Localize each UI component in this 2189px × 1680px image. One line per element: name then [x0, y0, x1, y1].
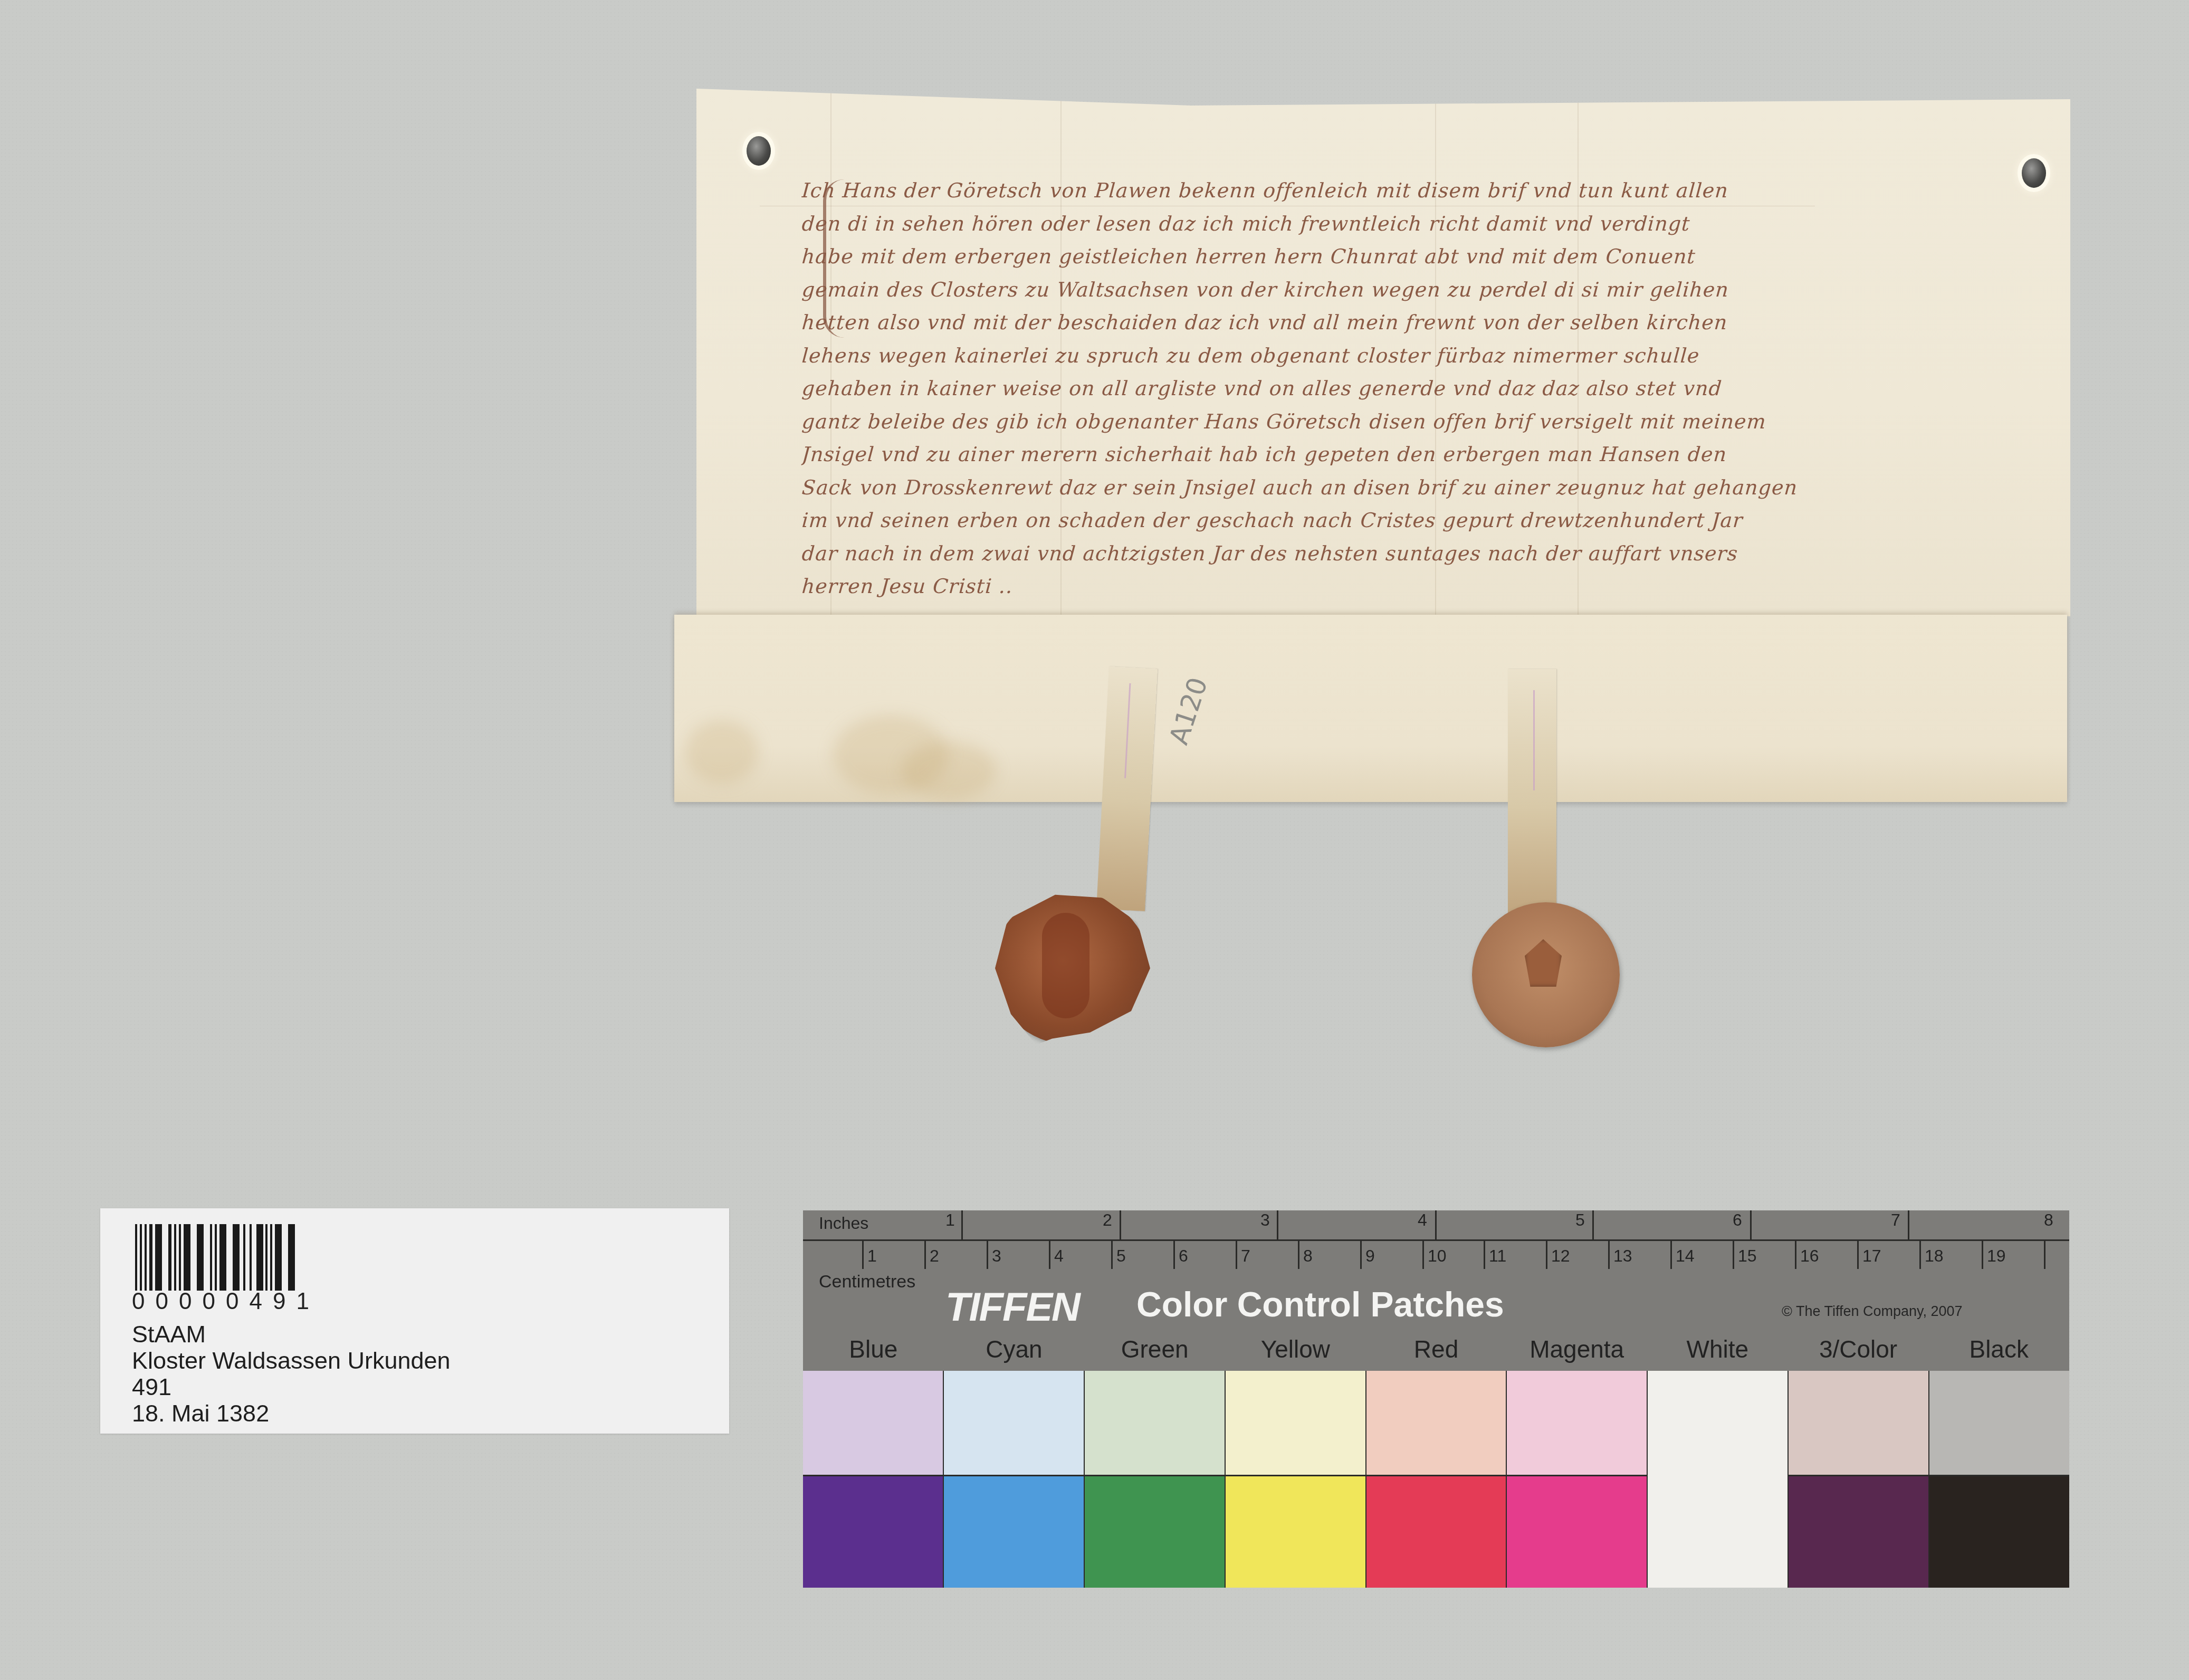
ruler-tick — [961, 1210, 963, 1239]
ruler-tick — [1111, 1239, 1113, 1269]
ruler-tick — [1982, 1239, 1983, 1269]
inch-tick-label: 5 — [1575, 1210, 1585, 1230]
patch-green — [1085, 1371, 1226, 1588]
document-number: 491 — [132, 1374, 451, 1400]
inch-tick-label: 6 — [1733, 1210, 1742, 1230]
cm-tick-label: 13 — [1613, 1246, 1632, 1266]
ruler-tick — [1484, 1239, 1485, 1269]
barcode-digit: 1 — [296, 1288, 309, 1315]
ruler-tick — [1049, 1239, 1050, 1269]
cm-tick-label: 9 — [1365, 1246, 1375, 1266]
water-stain — [685, 720, 759, 784]
text-line: herren Jesu Cristi .. — [801, 570, 1922, 603]
ruler-tick — [1360, 1239, 1362, 1269]
tiffen-logo: TIFFEN — [945, 1284, 1079, 1330]
ruler-tick — [1173, 1239, 1175, 1269]
patch-black — [1929, 1371, 2069, 1588]
barcode-digit: 0 — [202, 1288, 215, 1315]
patch-yellow — [1226, 1371, 1366, 1588]
cm-tick-label: 19 — [1987, 1246, 2006, 1266]
text-line: Sack von Drosskenrewt daz er sein Jnsige… — [801, 471, 1922, 504]
inch-tick-label: 7 — [1891, 1210, 1900, 1230]
patch-label: Blue — [803, 1335, 944, 1363]
ruler-tick — [1750, 1210, 1752, 1239]
ruler-tick — [1277, 1210, 1278, 1239]
cm-tick-label: 1 — [867, 1246, 877, 1266]
ruler-tick — [1608, 1239, 1610, 1269]
ruler-tick — [987, 1239, 988, 1269]
plica-fold — [674, 615, 2067, 802]
charter-text: Ich Hans der Göretsch von Plawen bekenn … — [802, 174, 1920, 603]
document-date: 18. Mai 1382 — [132, 1400, 451, 1427]
collection-name: Kloster Waldsassen Urkunden — [132, 1348, 451, 1374]
cm-tick-label: 5 — [1116, 1246, 1126, 1266]
barcode-digit: 0 — [179, 1288, 192, 1315]
cm-tick-label: 16 — [1800, 1246, 1819, 1266]
ruler-tick — [1795, 1239, 1796, 1269]
ruler-tick — [1670, 1239, 1672, 1269]
centimetres-label: Centimetres — [819, 1272, 915, 1292]
patch-label: Cyan — [944, 1335, 1085, 1363]
patch-label: Black — [1928, 1335, 2069, 1363]
color-control-card: Inches 1 2 3 4 5 6 7 8 1 2 3 4 5 6 7 8 9… — [803, 1210, 2069, 1588]
cm-tick-label: 8 — [1303, 1246, 1313, 1266]
text-line: dar nach in dem zwai vnd achtzigsten Jar… — [801, 537, 1922, 570]
cm-tick-label: 17 — [1862, 1246, 1881, 1266]
text-line: Jnsigel vnd zu ainer merern sicherhait h… — [801, 438, 1922, 471]
text-line: habe mit dem erbergen geistleichen herre… — [801, 240, 1922, 273]
mounting-pin-icon — [747, 136, 771, 166]
patch-label: Magenta — [1506, 1335, 1647, 1363]
copyright-text: © The Tiffen Company, 2007 — [1782, 1303, 1963, 1320]
cm-tick-label: 14 — [1676, 1246, 1695, 1266]
cm-tick-label: 18 — [1925, 1246, 1944, 1266]
cm-tick-label: 2 — [930, 1246, 939, 1266]
cm-tick-label: 7 — [1241, 1246, 1250, 1266]
cm-tick-label: 6 — [1179, 1246, 1188, 1266]
water-stain — [901, 741, 996, 799]
patch-cyan — [944, 1371, 1085, 1588]
inch-tick-label: 4 — [1418, 1210, 1427, 1230]
barcode-number: 0 0 0 0 0 4 9 1 — [132, 1288, 309, 1315]
barcode-digit: 0 — [155, 1288, 168, 1315]
wax-seal-left — [992, 892, 1150, 1045]
text-line: gantz beleibe des gib ich obgenanter Han… — [801, 405, 1922, 438]
text-line: gehaben in kainer weise on all argliste … — [801, 372, 1922, 405]
ruler-tick — [862, 1239, 864, 1269]
ruler-tick — [2044, 1239, 2045, 1269]
text-line: gemain des Closters zu Waltsachsen von d… — [801, 273, 1922, 307]
cm-tick-label: 3 — [992, 1246, 1001, 1266]
ruler-tick — [1546, 1239, 1547, 1269]
ruler-tick — [1857, 1239, 1859, 1269]
cm-tick-label: 4 — [1054, 1246, 1064, 1266]
barcode-digit: 4 — [249, 1288, 262, 1315]
barcode-digit: 0 — [132, 1288, 145, 1315]
text-line: hetten also vnd mit der beschaiden daz i… — [801, 306, 1922, 339]
seal-figure-icon — [1042, 913, 1089, 1018]
inch-tick-label: 1 — [945, 1210, 955, 1230]
patch-labels: Blue Cyan Green Yellow Red Magenta White… — [803, 1335, 2069, 1363]
patch-blue — [803, 1371, 944, 1588]
ruler-tick — [1298, 1239, 1299, 1269]
patch-label: 3/Color — [1788, 1335, 1929, 1363]
ruler-tick — [1120, 1210, 1121, 1239]
patch-3color — [1789, 1371, 1929, 1588]
cm-tick-label: 10 — [1428, 1246, 1447, 1266]
ruler-tick — [924, 1239, 926, 1269]
color-patches — [803, 1371, 2069, 1588]
patch-label: Yellow — [1225, 1335, 1366, 1363]
seal-tag-right — [1508, 669, 1556, 920]
text-line: im vnd seinen erben on schaden der gesch… — [801, 504, 1922, 537]
patch-label: White — [1647, 1335, 1788, 1363]
inch-tick-label: 8 — [2044, 1210, 2053, 1230]
patch-label: Green — [1084, 1335, 1225, 1363]
ruler-tick — [1908, 1210, 1909, 1239]
inch-tick-label: 2 — [1103, 1210, 1112, 1230]
patch-white — [1648, 1371, 1789, 1588]
cm-tick-label: 11 — [1489, 1246, 1506, 1266]
patch-red — [1366, 1371, 1507, 1588]
barcode-digit: 0 — [226, 1288, 238, 1315]
card-title: Color Control Patches — [1136, 1284, 1504, 1324]
ruler-tick — [1236, 1239, 1237, 1269]
cm-tick-label: 12 — [1551, 1246, 1570, 1266]
mounting-pin-icon — [2022, 158, 2046, 188]
wax-seal-right — [1472, 902, 1620, 1047]
inch-tick-label: 3 — [1260, 1210, 1270, 1230]
text-line: lehens wegen kainerlei zu spruch zu dem … — [801, 339, 1922, 373]
barcode-digit: 9 — [273, 1288, 285, 1315]
archive-name: StAAM — [132, 1321, 451, 1348]
patch-label: Red — [1366, 1335, 1507, 1363]
cm-tick-label: 15 — [1738, 1246, 1757, 1266]
archive-label: 0 0 0 0 0 4 9 1 StAAM Kloster Waldsassen… — [100, 1208, 729, 1434]
barcode-icon — [135, 1224, 298, 1291]
text-line: den di in sehen hören oder lesen daz ich… — [801, 207, 1922, 241]
ruler-tick — [1422, 1239, 1424, 1269]
ruler-tick — [1919, 1239, 1921, 1269]
inches-label: Inches — [819, 1214, 868, 1233]
heraldic-shield-icon — [1525, 939, 1562, 987]
patch-magenta — [1507, 1371, 1648, 1588]
ruler-tick — [1435, 1210, 1437, 1239]
text-line: Ich Hans der Göretsch von Plawen bekenn … — [801, 174, 1922, 207]
ruler-tick — [1592, 1210, 1594, 1239]
ruler-tick — [1733, 1239, 1734, 1269]
